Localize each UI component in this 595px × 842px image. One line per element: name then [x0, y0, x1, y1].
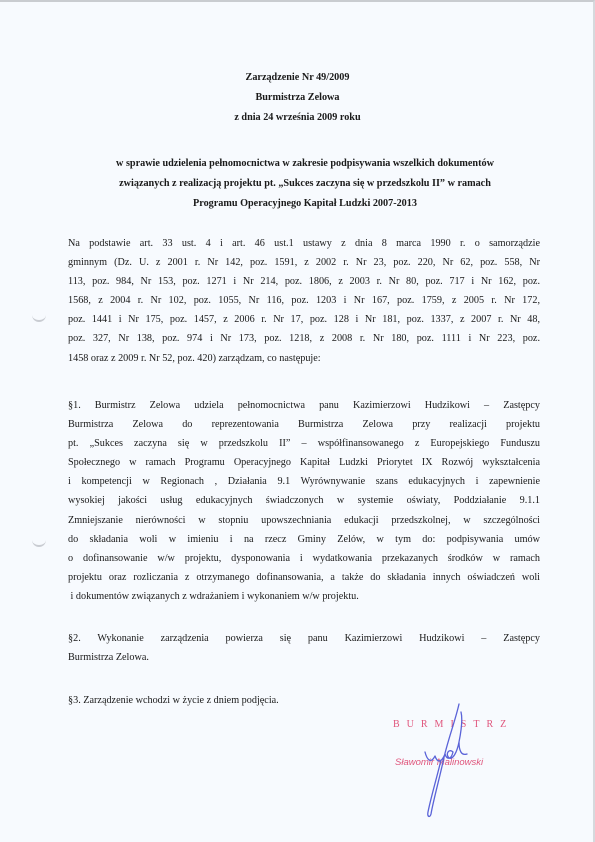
text-line: Zmniejszanie nierówności w stopniu upows…	[68, 511, 540, 530]
text-line: poz. 327, Nr 138, poz. 974 i Nr 173, poz…	[68, 329, 540, 348]
text-line: Burmistrza Zelowa.	[68, 648, 540, 667]
subject-line: w sprawie udzielenia pełnomocnictwa w za…	[70, 154, 540, 174]
text-line: 1568, z 2004 r. Nr 102, poz. 1055, Nr 11…	[68, 291, 540, 310]
text-line: projektu oraz rozliczania z otrzymanego …	[68, 568, 540, 587]
text-line: Społecznego w ramach Programu Operacyjne…	[68, 453, 540, 472]
text-line: poz. 1441 i Nr 175, poz. 1457, z 2006 r.…	[68, 310, 540, 329]
text-line: 1458 oraz z 2009 r. Nr 52, poz. 420) zar…	[68, 349, 540, 368]
preamble-paragraph: Na podstawie art. 33 ust. 4 i art. 46 us…	[68, 234, 540, 368]
punch-hole	[32, 535, 46, 547]
ordinance-date: z dnia 24 września 2009 roku	[0, 108, 595, 128]
text-line: gminnym (Dz. U. z 2001 r. Nr 142, poz. 1…	[68, 253, 540, 272]
text-line: pt. „Sukces zaczyna się w przedszkolu II…	[68, 434, 540, 453]
text-line: Na podstawie art. 33 ust. 4 i art. 46 us…	[68, 234, 540, 253]
punch-hole	[32, 310, 46, 322]
handwritten-signature-icon	[415, 702, 485, 822]
text-line: §2. Wykonanie zarządzenia powierza się p…	[68, 629, 540, 648]
text-line: i dokumentów związanych z wdrażaniem i w…	[68, 587, 540, 606]
ordinance-issuer: Burmistrza Zelowa	[0, 88, 595, 108]
text-line: 113, poz. 984, Nr 153, poz. 1271 i Nr 21…	[68, 272, 540, 291]
text-line: do składania woli w imieniu i na rzecz G…	[68, 530, 540, 549]
text-line: o dofinansowanie w/w projektu, dysponowa…	[68, 549, 540, 568]
section-2-paragraph: §2. Wykonanie zarządzenia powierza się p…	[68, 629, 540, 667]
ordinance-title: Zarządzenie Nr 49/2009	[0, 68, 595, 88]
text-line: §1. Burmistrz Zelowa udziela pełnomocnic…	[68, 396, 540, 415]
subject-line: związanych z realizacją projektu pt. „Su…	[70, 174, 540, 194]
document-page: Zarządzenie Nr 49/2009 Burmistrza Zelowa…	[0, 0, 595, 842]
section-1-paragraph: §1. Burmistrz Zelowa udziela pełnomocnic…	[68, 396, 540, 606]
text-line: i kompetencji w Regionach , Działania 9.…	[68, 472, 540, 491]
text-line: wysokiej jakości usług edukacyjnych świa…	[68, 491, 540, 510]
text-line: Burmistrza Zelowa do reprezentowania Bur…	[68, 415, 540, 434]
subject-line: Programu Operacyjnego Kapitał Ludzki 200…	[70, 194, 540, 214]
